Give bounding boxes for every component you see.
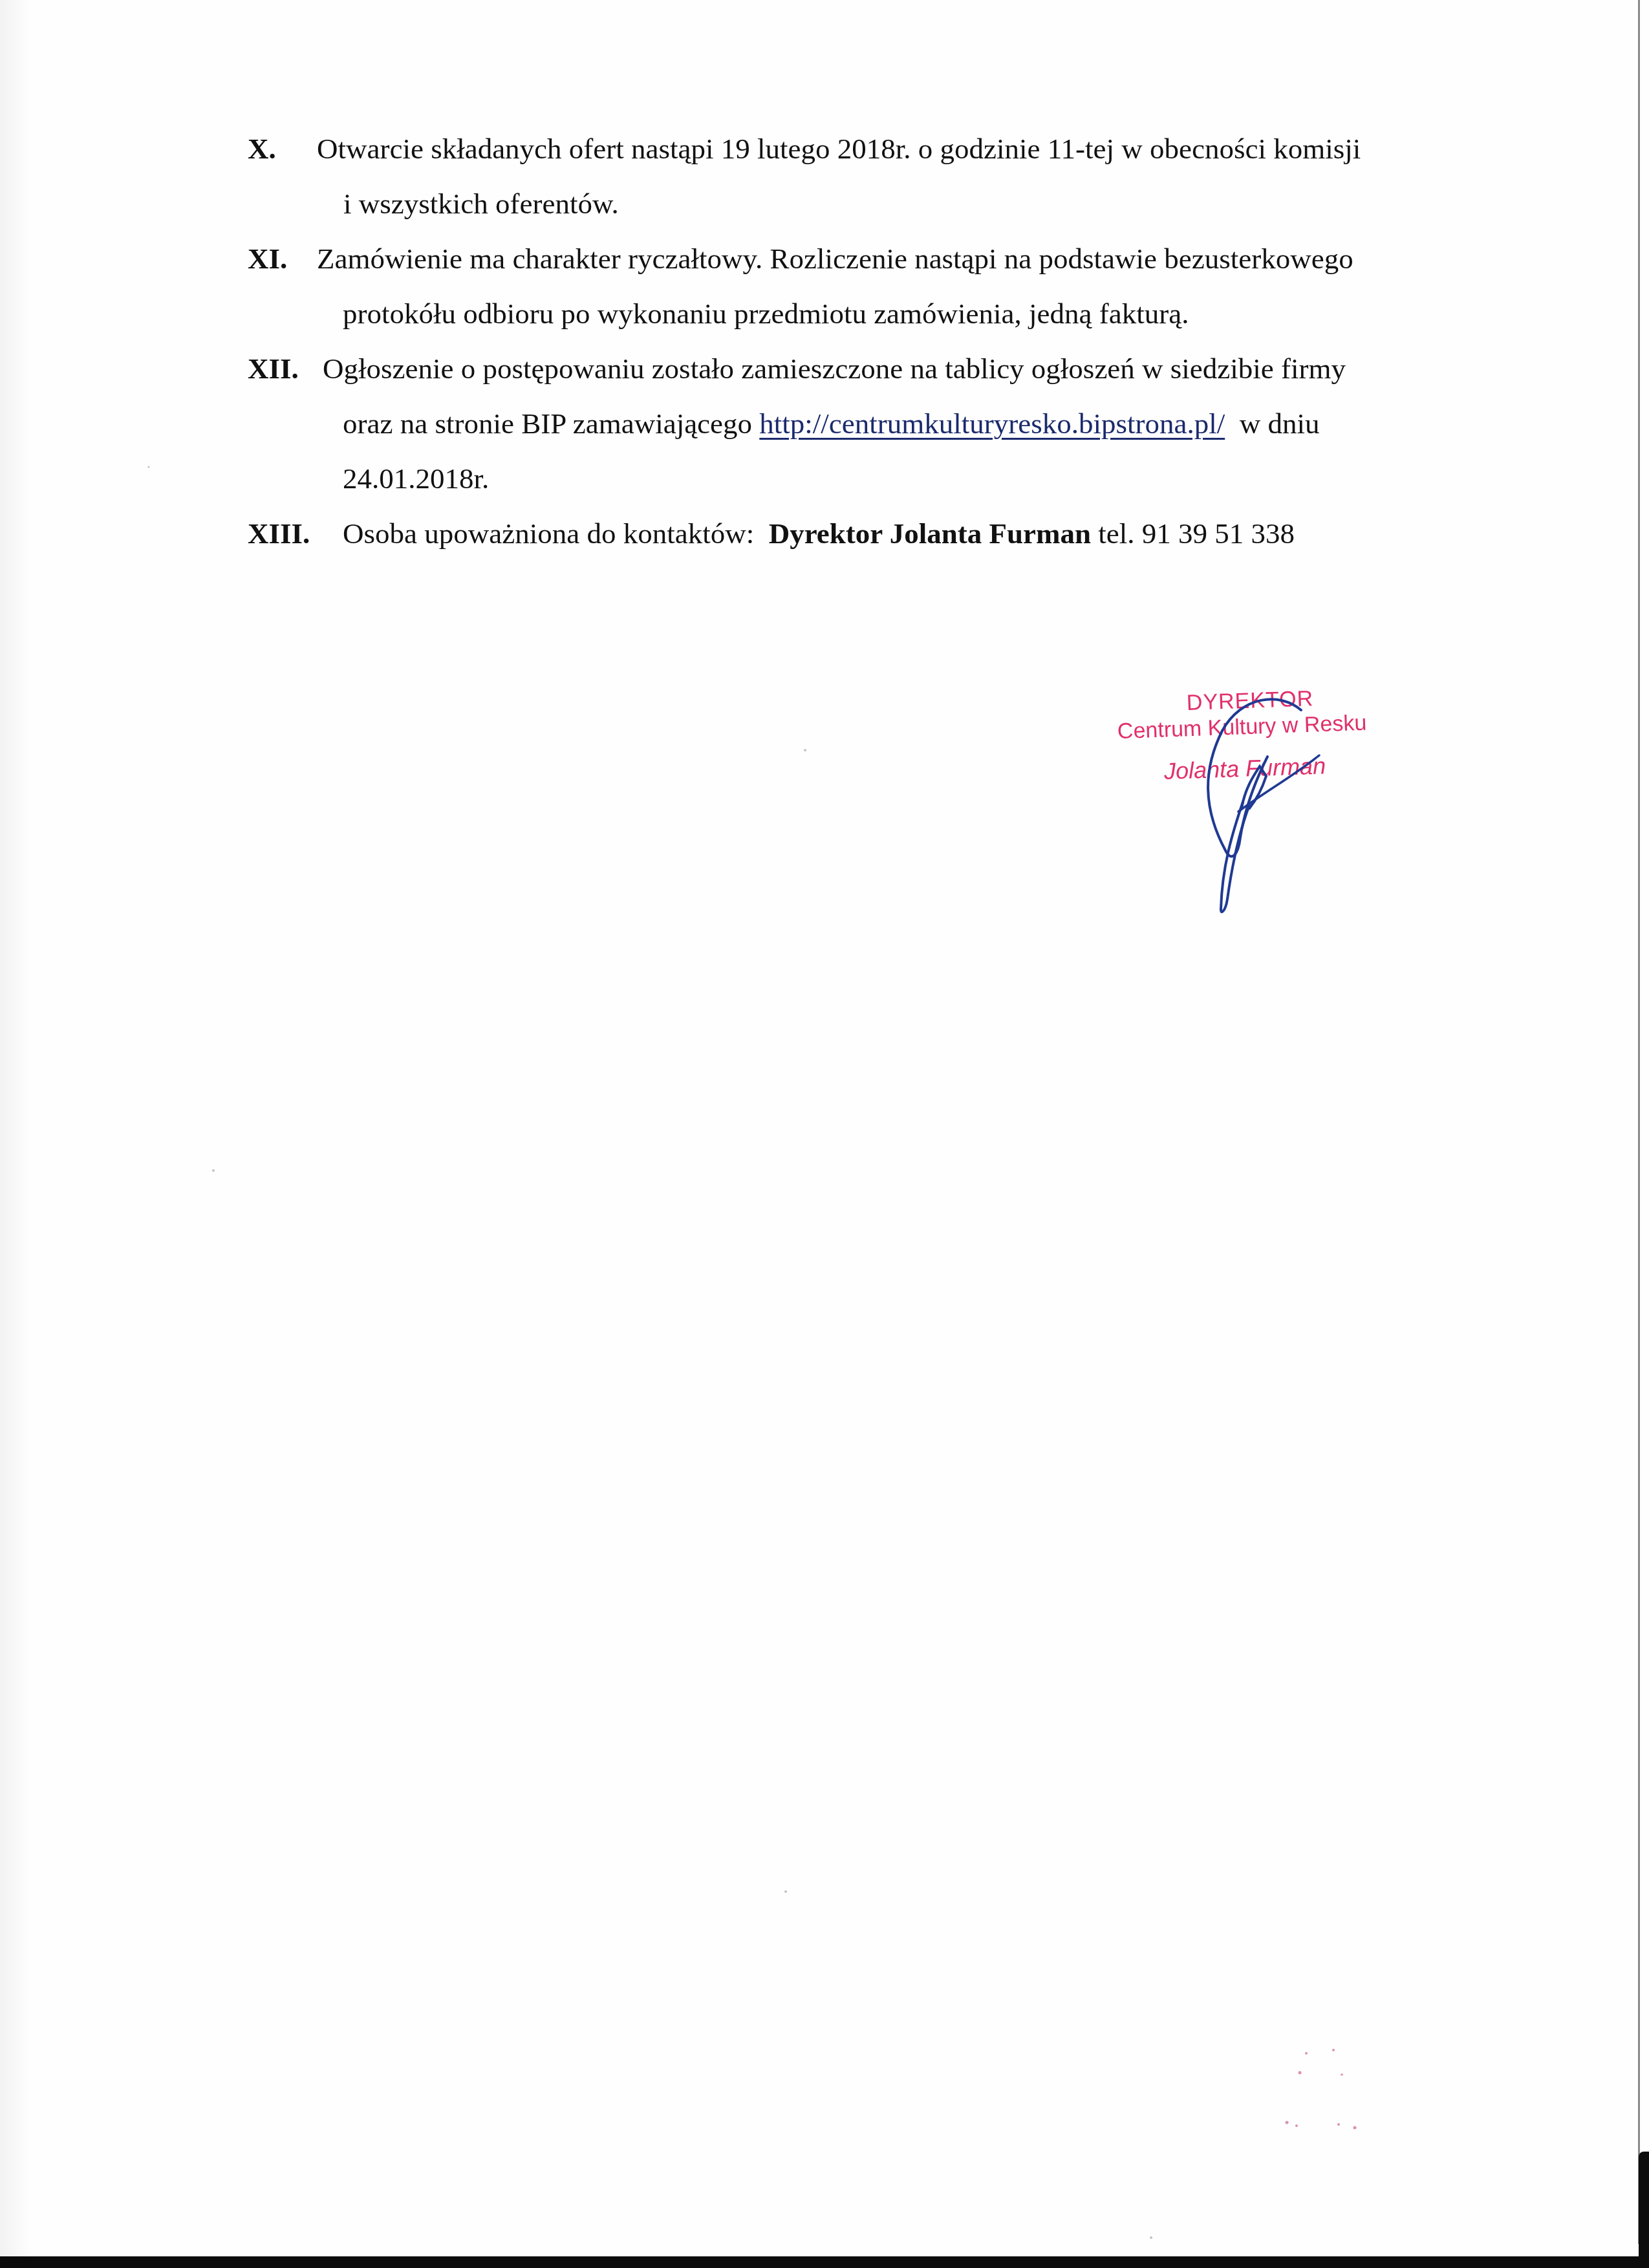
stamp-organization: Centrum Kultury w Resku [1117, 711, 1367, 744]
section-text: Otwarcie składanych ofert nastąpi 19 lut… [317, 133, 1361, 165]
section-xi-line-2: protokółu odbioru po wykonaniu przedmiot… [248, 286, 1489, 341]
scan-shadow-left [0, 0, 31, 2268]
document-body: X.Otwarcie składanych ofert nastąpi 19 l… [248, 122, 1489, 561]
section-numeral: XI. [248, 232, 317, 286]
section-numeral: XII. [248, 341, 323, 396]
director-stamp: DYREKTOR Centrum Kultury w Resku Jolanta… [1099, 679, 1436, 886]
section-text: Zamówienie ma charakter ryczałtowy. Rozl… [317, 243, 1353, 275]
section-text: w dniu [1225, 407, 1319, 440]
section-text: oraz na stronie BIP zamawiającego [343, 407, 759, 440]
stamp-title: DYREKTOR [1186, 686, 1314, 716]
contact-name: Dyrektor Jolanta Furman [769, 517, 1091, 550]
scanned-page: X.Otwarcie składanych ofert nastąpi 19 l… [0, 0, 1649, 2268]
bip-link[interactable]: http://centrumkulturyresko.bipstrona.pl/ [759, 407, 1225, 440]
publication-date: 24.01.2018r. [343, 462, 489, 495]
section-xii-line-1: XII.Ogłoszenie o postępowaniu zostało za… [248, 341, 1489, 396]
section-x-line-2: i wszystkich oferentów. [248, 177, 1489, 232]
section-text: Ogłoszenie o postępowaniu zostało zamies… [323, 352, 1346, 385]
section-numeral: XIII. [248, 506, 343, 561]
section-text: Osoba upoważniona do kontaktów: [343, 517, 769, 550]
section-xi-line-1: XI.Zamówienie ma charakter ryczałtowy. R… [248, 232, 1489, 286]
stamp-name: Jolanta Furman [1163, 752, 1326, 785]
section-text: protokółu odbioru po wykonaniu przedmiot… [343, 297, 1189, 330]
section-xiii-line-1: XIII.Osoba upoważniona do kontaktów: Dyr… [248, 506, 1489, 561]
section-xii-line-2: oraz na stronie BIP zamawiającego http:/… [248, 396, 1489, 451]
section-xii-line-3: 24.01.2018r. [248, 451, 1489, 506]
scan-edge-bottom [0, 2256, 1649, 2268]
scan-edge-corner [1639, 2152, 1649, 2262]
scan-edge-right [1638, 0, 1640, 2244]
section-x-line-1: X.Otwarcie składanych ofert nastąpi 19 l… [248, 122, 1489, 177]
section-text: i wszystkich oferentów. [343, 188, 619, 220]
section-numeral: X. [248, 122, 317, 177]
contact-phone: tel. 91 39 51 338 [1091, 517, 1295, 550]
